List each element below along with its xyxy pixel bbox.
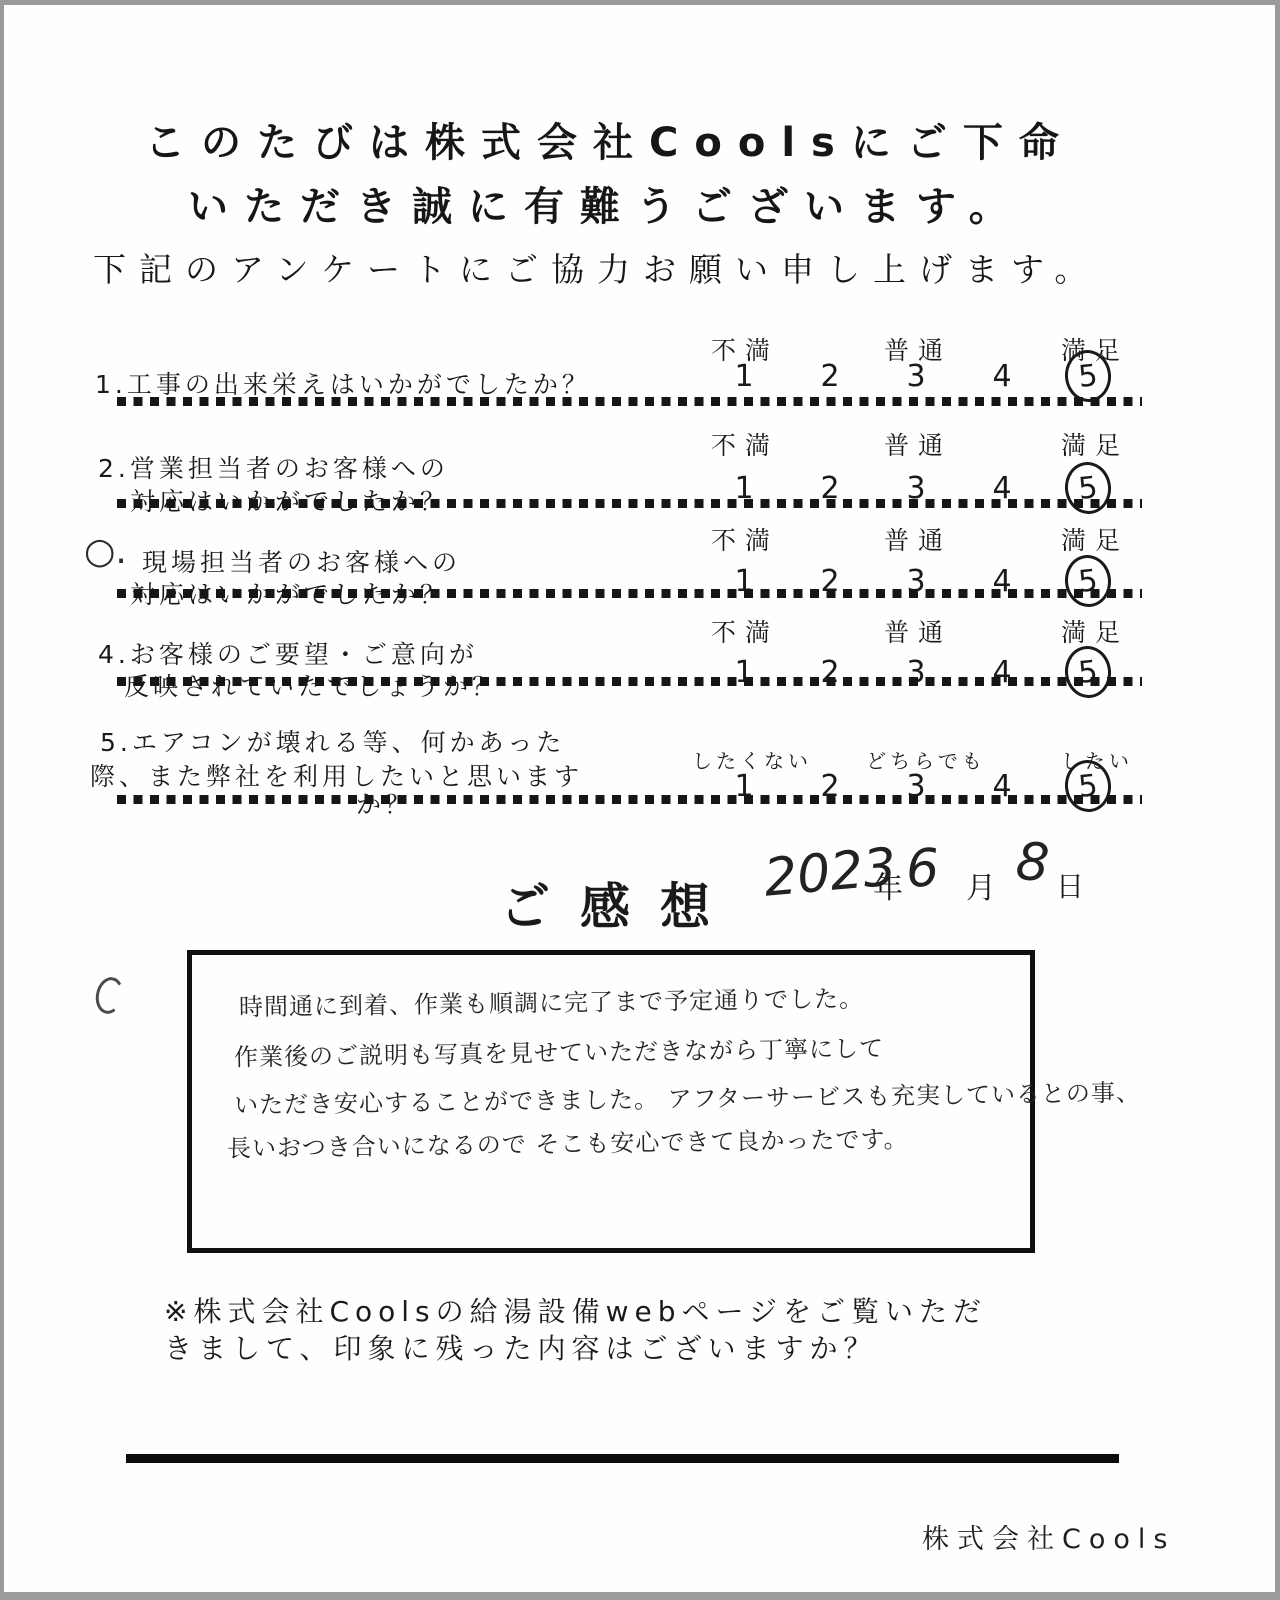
footer-divider [126,1454,1119,1463]
dotted-separator [117,499,1142,508]
question-text-line1: 4.お客様のご要望・ご意向が [98,635,478,671]
rating-label-low: 不満 [711,426,779,462]
company-name: 株式会社Cools [922,1517,1175,1556]
feedback-date-day: 8 [1014,836,1051,890]
scan-artifact-curve [92,975,126,1017]
rating-label-high: 満足 [1061,426,1129,462]
header-line2: いただき誠に有難うございます。 [188,175,1025,232]
feedback-date-day-unit: 日 [1056,865,1084,905]
handwritten-comment-line1: 時間通に到着、作業も順調に完了まで予定通りでした。 [239,979,864,1023]
feedback-title: ご感想 [500,867,740,939]
scanned-survey-document: { "header": { "line1": "このたびは株式会社Coolsにご… [0,0,1280,1600]
rating-number-1: 1 [734,359,753,394]
feedback-date-year-unit: 年 [873,863,903,907]
web-note-line1: ※株式会社Coolsの給湯設備webページをご覧いただ [164,1290,987,1330]
handwritten-comment-line3: いただき安心することができました。 アフターサービスも充実しているとの事、 [234,1073,1141,1121]
question-text-line1: 現場担当者のお客様への [142,543,461,579]
question-number-artifact: ○. [84,531,127,572]
rating-label-mid: どちらでも [866,745,986,774]
handwritten-comment-line4: 長いおつき合いになるので そこも安心できて良かったです。 [227,1119,909,1164]
dotted-separator [117,795,1142,804]
question-text: 1.工事の出来栄えはいかがでしたか？ [95,365,591,401]
rating-number-3: 3 [906,359,925,394]
rating-label-low: 不満 [711,521,779,557]
comment-box: 時間通に到着、作業も順調に完了まで予定通りでした。 作業後のご説明も写真を見せて… [187,950,1035,1253]
handwritten-comment-line2: 作業後のご説明も写真を見せていただきながら丁寧にして [234,1028,884,1072]
circled-rating-5: 5 [1062,644,1113,701]
web-note-line2: きまして、印象に残った内容はございますか？ [164,1327,877,1367]
dotted-separator [117,677,1142,686]
rating-label-low: 不満 [711,613,779,649]
feedback-date-month-unit: 月 [966,863,996,907]
header-line1: このたびは株式会社Coolsにご下命 [145,111,1075,168]
rating-label-mid: 普通 [884,613,952,649]
question-text-line1: 2.営業担当者のお客様への [98,449,449,485]
rating-label-mid: 普通 [884,521,952,557]
rating-label-high: 満足 [1061,613,1129,649]
rating-label-mid: 普通 [884,426,952,462]
dotted-separator [117,589,1142,598]
feedback-date-month: 6 [905,842,940,895]
question-text-line2: 際、また弊社を利用したいと思います [90,757,583,793]
circled-rating-5: 5 [1062,553,1113,610]
rating-number-2: 2 [820,359,839,394]
question-text-line1: 5.エアコンが壊れる等、何かあった [100,723,565,759]
rating-number-4: 4 [992,359,1011,394]
rating-label-high: 満足 [1061,521,1129,557]
scanned-survey-page: このたびは株式会社Coolsにご下命 いただき誠に有難うございます。 下記のアン… [4,5,1275,1592]
header-line3: 下記のアンケートにご協力お願い申し上げます。 [93,244,1100,291]
dotted-separator [117,397,1142,406]
